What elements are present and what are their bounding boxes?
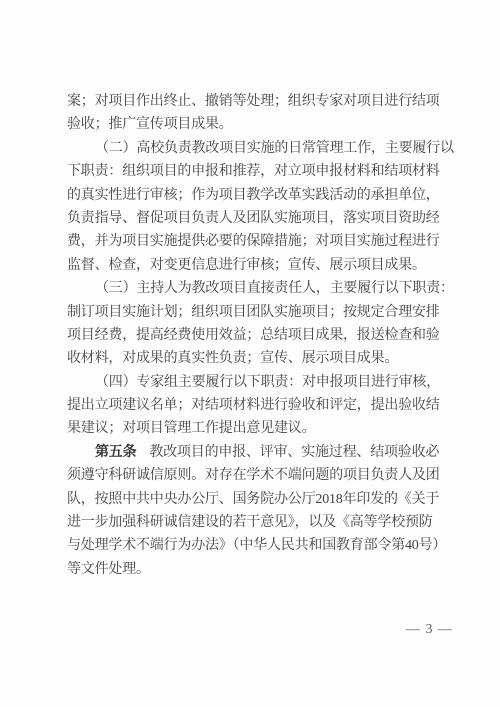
document-body: 案；对项目作出终止、撤销等处理；组织专家对项目进行结项 验收；推广宣传项目成果。…: [67, 90, 447, 581]
page-number: — 3 —: [406, 620, 453, 640]
document-page: 案；对项目作出终止、撤销等处理；组织专家对项目进行结项 验收；推广宣传项目成果。…: [0, 0, 500, 707]
text-line: 等文件处理。: [67, 558, 447, 581]
text-line: 须遵守科研诚信原则。对存在学术不端问题的项目负责人及团: [67, 464, 447, 487]
text-line: 案；对项目作出终止、撤销等处理；组织专家对项目进行结项: [67, 90, 447, 113]
text-line: 提出立项建议名单；对结项材料进行验收和评定，提出验收结: [67, 394, 447, 417]
text-line-paragraph-start: （四）专家组主要履行以下职责：对申报项目进行审核，: [67, 371, 447, 394]
text-line: 监督、检查，对变更信息进行审核；宣传、展示项目成果。: [67, 254, 447, 277]
text-line: 项目经费，提高经费使用效益；总结项目成果，报送检查和验: [67, 324, 447, 347]
article-number: 第五条: [95, 445, 136, 460]
text-line-article-start: 第五条教改项目的申报、评审、实施过程、结项验收必: [67, 441, 447, 464]
text-line: 制订项目实施计划；组织项目团队实施项目；按规定合理安排: [67, 301, 447, 324]
text-line: 进一步加强科研诚信建设的若干意见》，以及《高等学校预防: [67, 511, 447, 534]
text-line-paragraph-start: （三）主持人为教改项目直接责任人，主要履行以下职责：: [67, 277, 447, 300]
text-line: 收材料，对成果的真实性负责；宣传、展示项目成果。: [67, 347, 447, 370]
article-text: 教改项目的申报、评审、实施过程、结项验收必: [149, 445, 439, 460]
text-line-paragraph-start: （二）高校负责教改项目实施的日常管理工作，主要履行以: [67, 137, 447, 160]
text-line: 与处理学术不端行为办法》（中华人民共和国教育部令第40号）: [67, 534, 447, 557]
text-line: 费，并为项目实施提供必要的保障措施；对项目实施过程进行: [67, 230, 447, 253]
text-line: 队，按照中共中央办公厅、国务院办公厅2018年印发的《关于: [67, 488, 447, 511]
text-line: 负责指导、督促项目负责人及团队实施项目，落实项目资助经: [67, 207, 447, 230]
text-line: 验收；推广宣传项目成果。: [67, 113, 447, 136]
text-line: 果建议；对项目管理工作提出意见建议。: [67, 417, 447, 440]
text-line: 的真实性进行审核；作为项目教学改革实践活动的承担单位，: [67, 184, 447, 207]
text-line: 下职责：组织项目的申报和推荐，对立项申报材料和结项材料: [67, 160, 447, 183]
